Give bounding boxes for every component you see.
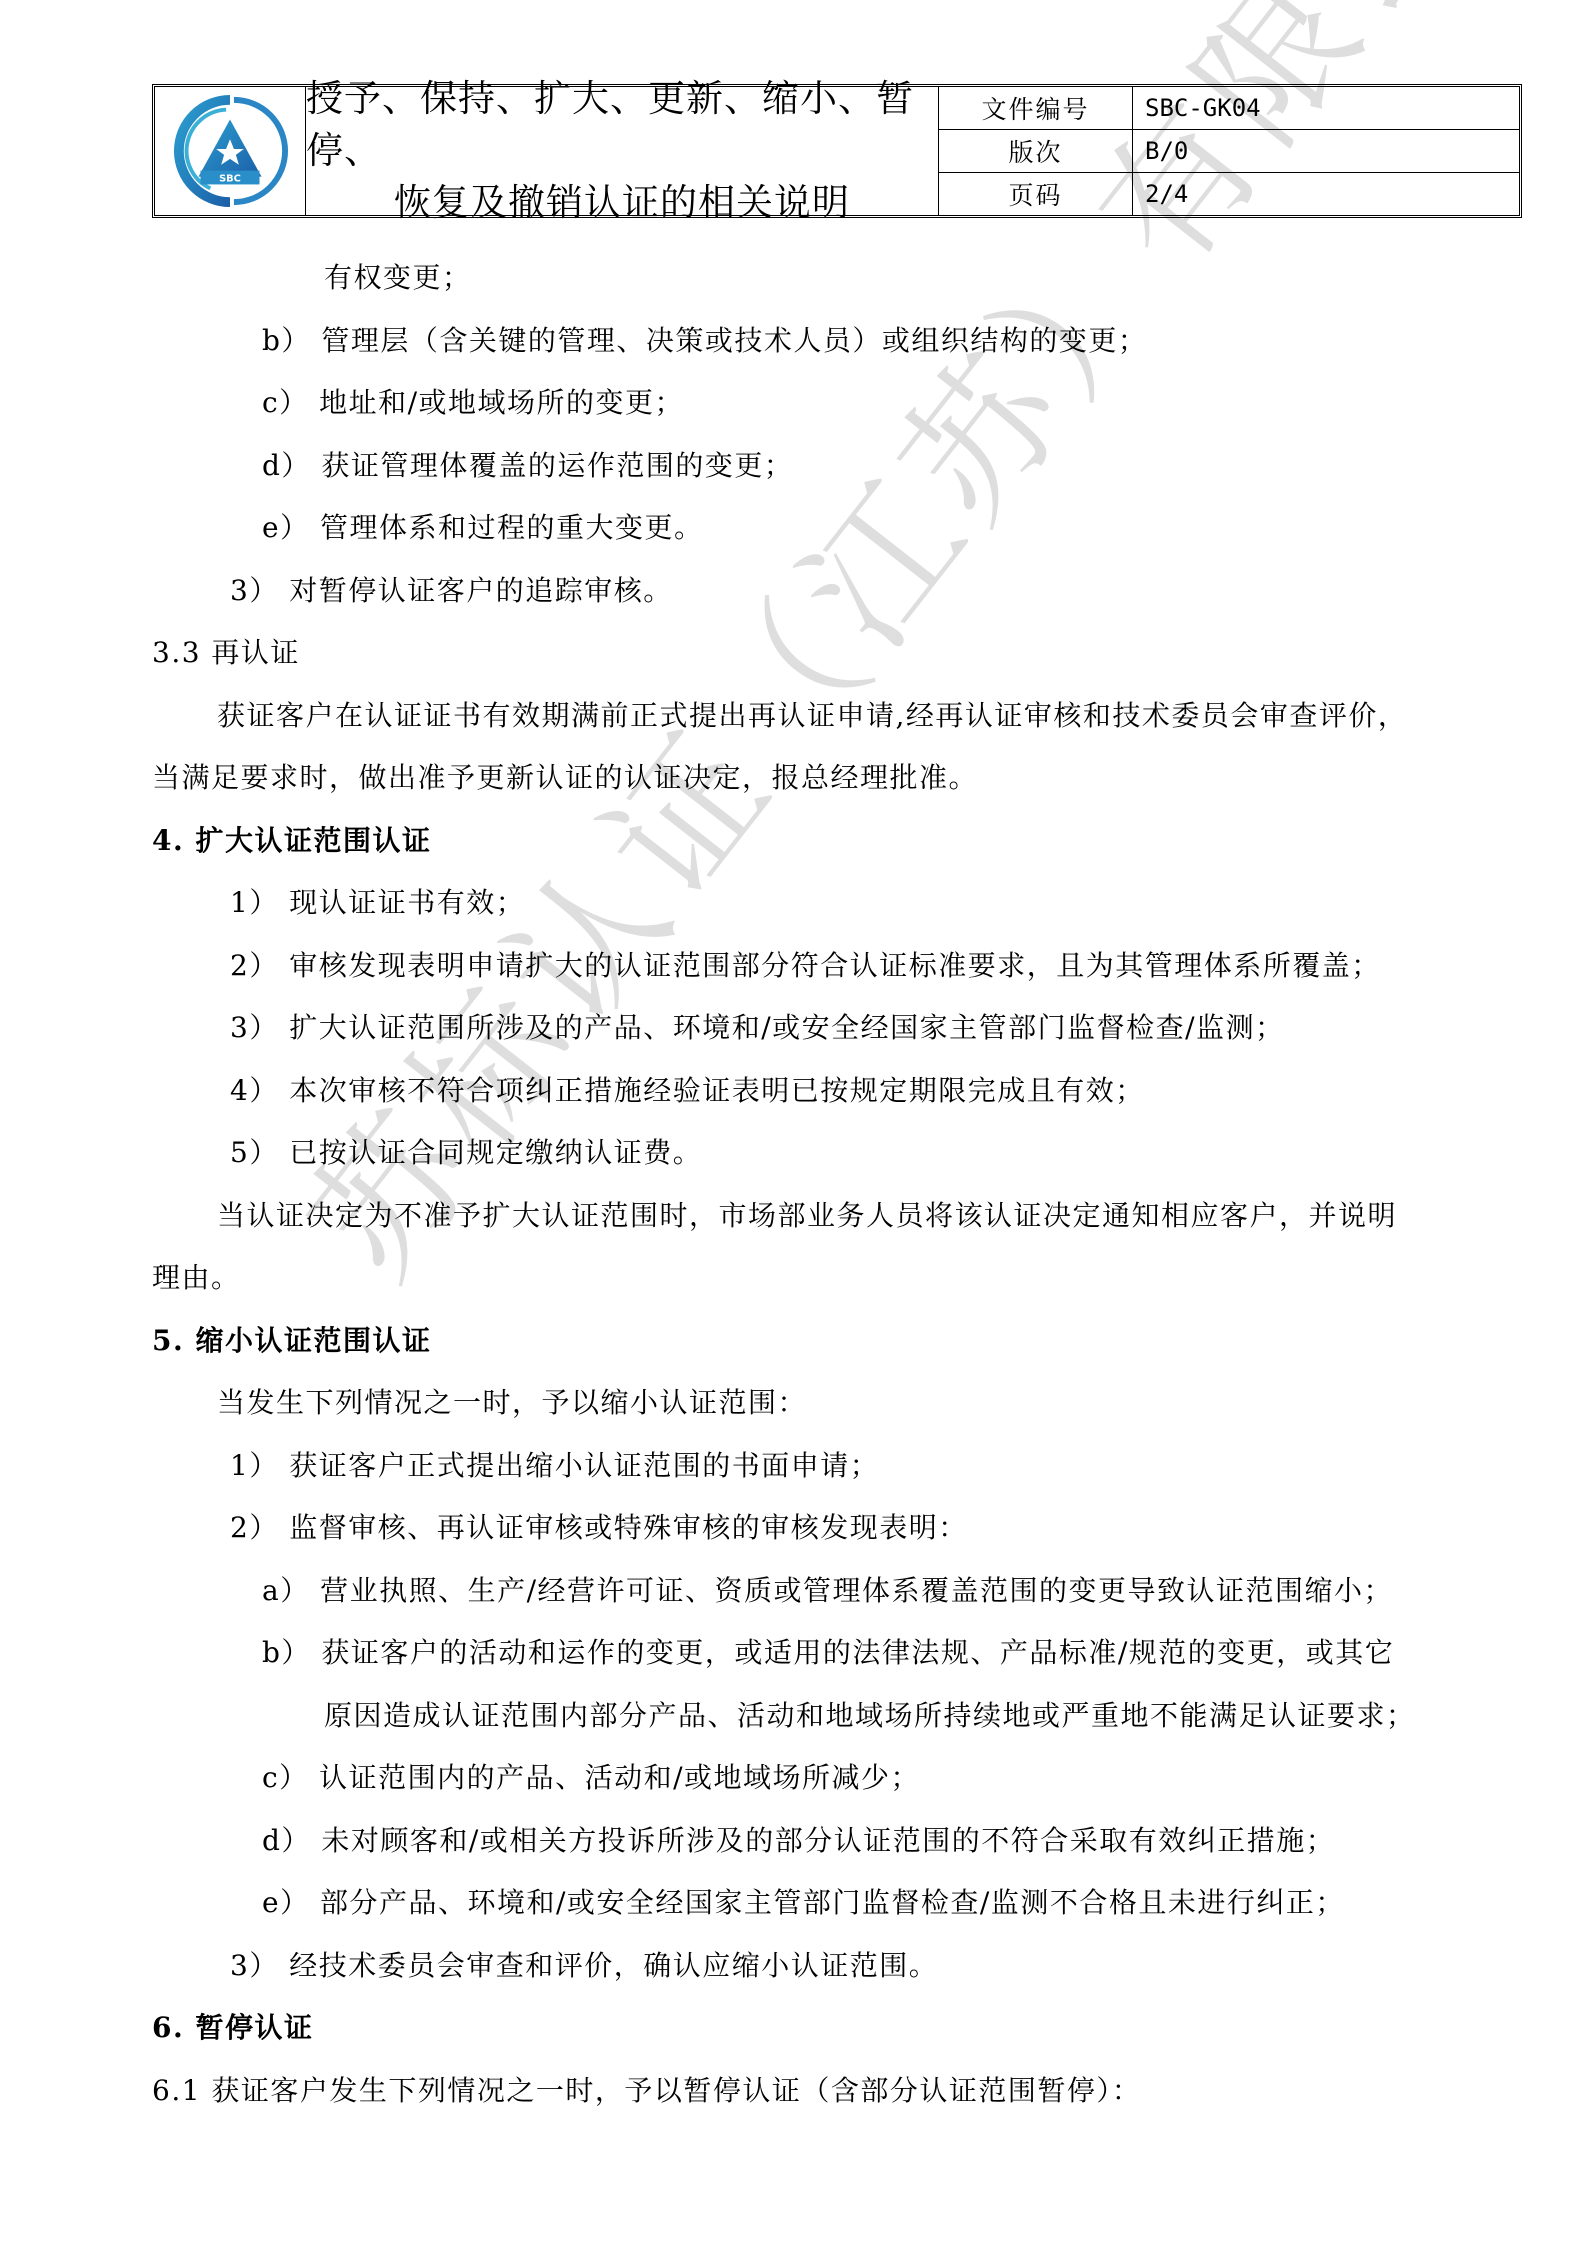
document-meta: 文件编号 SBC-GK04 版次 B/0 页码 2/4: [939, 87, 1519, 215]
paragraph-line: 1） 获证客户正式提出缩小认证范围的书面申请；: [230, 1446, 879, 1486]
paragraph-line: 4） 本次审核不符合项纠正措施经验证表明已按规定期限完成且有效；: [230, 1071, 1145, 1111]
paragraph-line: a） 营业执照、生产/经营许可证、资质或管理体系覆盖范围的变更导致认证范围缩小；: [262, 1571, 1393, 1611]
meta-value: B/0: [1133, 130, 1519, 172]
title-line-2: 恢复及撤销认证的相关说明: [394, 177, 850, 229]
section-heading: 6. 暂停认证: [152, 2008, 313, 2048]
paragraph-line: 当发生下列情况之一时，予以缩小认证范围：: [217, 1383, 807, 1423]
paragraph-line: 3.3 再认证: [152, 633, 300, 673]
paragraph-line: c） 地址和/或地域场所的变更；: [262, 383, 684, 423]
paragraph-line: d） 获证管理体覆盖的运作范围的变更；: [262, 446, 793, 486]
paragraph-line: b） 管理层（含关键的管理、决策或技术人员）或组织结构的变更；: [262, 321, 1147, 361]
svg-text:SBC: SBC: [219, 173, 241, 184]
title-line-1: 授予、保持、扩大、更新、缩小、暂停、: [306, 73, 938, 177]
paragraph-line: 6.1 获证客户发生下列情况之一时，予以暂停认证（含部分认证范围暂停）：: [152, 2071, 1141, 2111]
paragraph-line: d） 未对顾客和/或相关方投诉所涉及的部分认证范围的不符合采取有效纠正措施；: [262, 1821, 1335, 1861]
paragraph-line: 1） 现认证证书有效；: [230, 883, 525, 923]
paragraph-line: b） 获证客户的活动和运作的变更，或适用的法律法规、产品标准/规范的变更，或其它: [262, 1633, 1394, 1673]
paragraph-line: 获证客户在认证证书有效期满前正式提出再认证申请,经再认证审核和技术委员会审查评价…: [217, 696, 1407, 736]
paragraph-line: 当认证决定为不准予扩大认证范围时，市场部业务人员将该认证决定通知相应客户，并说明: [217, 1196, 1397, 1236]
meta-label: 版次: [939, 130, 1133, 172]
paragraph-line: e） 管理体系和过程的重大变更。: [262, 508, 703, 548]
paragraph-line: 理由。: [152, 1258, 241, 1298]
paragraph-line: 5） 已按认证合同规定缴纳认证费。: [230, 1133, 702, 1173]
document-title: 授予、保持、扩大、更新、缩小、暂停、 恢复及撤销认证的相关说明: [306, 87, 939, 215]
paragraph-line: e） 部分产品、环境和/或安全经国家主管部门监督检查/监测不合格且未进行纠正；: [262, 1883, 1345, 1923]
paragraph-line: 原因造成认证范围内部分产品、活动和地域场所持续地或严重地不能满足认证要求；: [324, 1696, 1416, 1736]
sbc-logo-icon: SBC: [171, 92, 289, 210]
section-heading: 5. 缩小认证范围认证: [152, 1321, 431, 1361]
paragraph-line: 2） 监督审核、再认证审核或特殊审核的审核发现表明：: [230, 1508, 968, 1548]
document-header: SBC 授予、保持、扩大、更新、缩小、暂停、 恢复及撤销认证的相关说明 文件编号…: [152, 84, 1522, 218]
paragraph-line: 3） 经技术委员会审查和评价，确认应缩小认证范围。: [230, 1946, 938, 1986]
meta-value: 2/4: [1133, 173, 1519, 215]
meta-row-version: 版次 B/0: [939, 130, 1519, 173]
meta-value: SBC-GK04: [1133, 87, 1519, 129]
paragraph-line: 3） 对暂停认证客户的追踪审核。: [230, 571, 673, 611]
paragraph-line: 当满足要求时，做出准予更新认证的认证决定，报总经理批准。: [152, 758, 978, 798]
meta-label: 文件编号: [939, 87, 1133, 129]
meta-label: 页码: [939, 173, 1133, 215]
meta-row-page: 页码 2/4: [939, 173, 1519, 215]
paragraph-line: c） 认证范围内的产品、活动和/或地域场所减少；: [262, 1758, 920, 1798]
paragraph-line: 2） 审核发现表明申请扩大的认证范围部分符合认证标准要求，且为其管理体系所覆盖；: [230, 946, 1381, 986]
paragraph-line: 3） 扩大认证范围所涉及的产品、环境和/或安全经国家主管部门监督检查/监测；: [230, 1008, 1285, 1048]
logo-cell: SBC: [155, 87, 306, 215]
paragraph-line: 有权变更；: [324, 258, 472, 298]
section-heading: 4. 扩大认证范围认证: [152, 821, 431, 861]
meta-row-file-number: 文件编号 SBC-GK04: [939, 87, 1519, 130]
